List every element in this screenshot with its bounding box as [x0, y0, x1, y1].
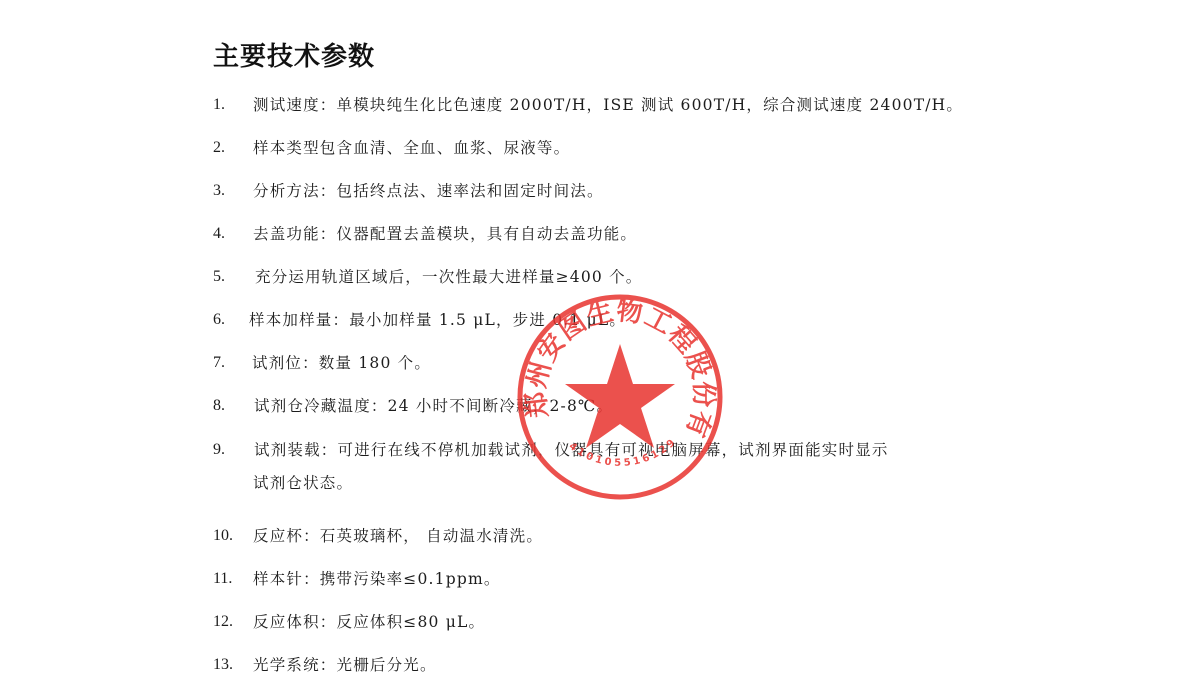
item-number: 11.: [213, 569, 232, 589]
item-number: 13.: [213, 655, 233, 675]
list-item: 6. 样本加样量：最小加样量 1.5 μL，步进 0.1 μL。: [213, 310, 1013, 332]
item-text: 反应杯：石英玻璃杯， 自动温水清洗。: [253, 526, 543, 546]
list-item: 8. 试剂仓冷藏温度：24 小时不间断冷藏，2-8℃。: [213, 396, 1013, 418]
item-text: 试剂位：数量 180 个。: [252, 353, 431, 373]
item-number: 6.: [213, 310, 225, 330]
document-page: 主要技术参数 1. 测试速度：单模块纯生化比色速度 2000T/H，ISE 测试…: [0, 0, 1188, 683]
item-number: 12.: [213, 612, 233, 632]
item-number: 1.: [213, 95, 225, 115]
item-text: 去盖功能：仪器配置去盖模块，具有自动去盖功能。: [253, 224, 637, 244]
list-item: 5. 充分运用轨道区域后，一次性最大进样量≥400 个。: [213, 267, 1013, 289]
item-number: 8.: [213, 396, 225, 416]
list-item: 1. 测试速度：单模块纯生化比色速度 2000T/H，ISE 测试 600T/H…: [213, 95, 1013, 117]
item-text: 反应体积：反应体积≤80 μL。: [253, 612, 485, 632]
item-text-continuation: 试剂仓状态。: [253, 473, 353, 493]
list-item: 13. 光学系统：光栅后分光。: [213, 655, 1013, 677]
list-item: 11. 样本针：携带污染率≤0.1ppm。: [213, 569, 1013, 591]
item-text: 样本类型包含血清、全血、血浆、尿液等。: [253, 138, 570, 158]
item-number: 7.: [213, 353, 225, 373]
item-text: 测试速度：单模块纯生化比色速度 2000T/H，ISE 测试 600T/H，综合…: [253, 95, 963, 115]
item-text: 样本加样量：最小加样量 1.5 μL，步进 0.1 μL。: [249, 310, 626, 330]
item-text: 试剂装载：可进行在线不停机加载试剂，仪器具有可视电脑屏幕，试剂界面能实时显示: [254, 440, 889, 460]
item-number: 4.: [213, 224, 225, 244]
item-text: 试剂仓冷藏温度：24 小时不间断冷藏，2-8℃。: [254, 396, 613, 416]
list-item: 10. 反应杯：石英玻璃杯， 自动温水清洗。: [213, 526, 1013, 548]
list-item: 7. 试剂位：数量 180 个。: [213, 353, 1013, 375]
page-title: 主要技术参数: [213, 36, 375, 73]
item-number: 5.: [213, 267, 225, 287]
item-text: 光学系统：光栅后分光。: [253, 655, 437, 675]
item-number: 2.: [213, 138, 225, 158]
item-text: 样本针：携带污染率≤0.1ppm。: [253, 569, 501, 589]
list-item: 4. 去盖功能：仪器配置去盖模块，具有自动去盖功能。: [213, 224, 1013, 246]
list-item: 9. 试剂装载：可进行在线不停机加载试剂，仪器具有可视电脑屏幕，试剂界面能实时显…: [213, 440, 1013, 490]
list-item: 3. 分析方法：包括终点法、速率法和固定时间法。: [213, 181, 1013, 203]
list-item: 12. 反应体积：反应体积≤80 μL。: [213, 612, 1013, 634]
list-item: 2. 样本类型包含血清、全血、血浆、尿液等。: [213, 138, 1013, 160]
item-text: 分析方法：包括终点法、速率法和固定时间法。: [253, 181, 604, 201]
item-text: 充分运用轨道区域后，一次性最大进样量≥400 个。: [255, 267, 643, 287]
item-number: 9.: [213, 440, 225, 460]
item-number: 3.: [213, 181, 225, 201]
item-number: 10.: [213, 526, 233, 546]
